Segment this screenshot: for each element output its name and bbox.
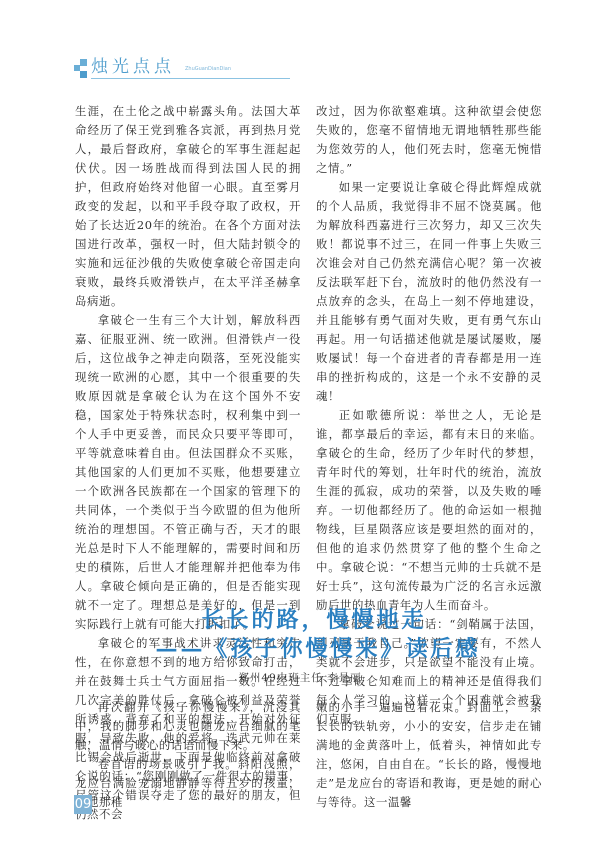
section-title: 烛光点点 — [91, 57, 175, 77]
paragraph: 正如歌德所说：举世之人，无论是谁，都享最后的幸运，都有末日的来临。拿破仑的生命，… — [316, 406, 542, 615]
article2-left-column: 再次翻开《孩子你慢慢来》，沉浸其中，我的脚步和心灵也随龙应台细腻的笔触，温情与暖… — [75, 698, 301, 812]
section-header: 烛光点点 ZhuGuanDianDian — [74, 57, 284, 79]
stacked-squares-icon — [74, 59, 88, 77]
article2-title-line1: 长长的路，慢慢地走 — [14, 606, 600, 634]
page-number: 09 — [74, 795, 92, 814]
paragraph: 卷首语的场景吸引了我。斜阳浅照，龙应台满脸宠溺地静静等待五岁的孩童，用他那稚 — [75, 755, 301, 812]
article2-title-line2: ——《孩子你慢慢来》读后感 — [18, 635, 600, 663]
header-divider — [91, 78, 290, 79]
paragraph: 再次翻开《孩子你慢慢来》，沉浸其中，我的脚步和心灵也随龙应台细腻的笔触，温情与暖… — [75, 698, 301, 755]
section-subtitle: ZhuGuanDianDian — [185, 65, 231, 73]
paragraph: 改过，因为你欲壑难填。这种欲望会使您失败的，您毫不留情地无谓地牺牲那些能为您效劳… — [316, 102, 542, 178]
paragraph: 拿破仑一生有三个大计划，解放科西嘉、征服亚洲、统一欧洲。但滑铁卢一役后，这位战争… — [75, 311, 301, 634]
paragraph: 如果一定要说让拿破仑得此辉煌成就的个人品质，我觉得非不屈不饶莫属。他为解放科西嘉… — [316, 178, 542, 406]
paragraph: 生涯，在土伦之战中崭露头角。法国大革命经历了保王党到雅各宾派，再到热月党人，最后… — [75, 102, 301, 311]
article2-byline: 郑州49中班主任 李景丽 — [0, 670, 600, 685]
paragraph: 嫩的小手一遍遍包着花束。封面上，一条长长的铁轨旁，小小的安安，信步走在铺满地的金… — [316, 698, 542, 812]
article2-right-column: 嫩的小手一遍遍包着花束。封面上，一条长长的铁轨旁，小小的安安，信步走在铺满地的金… — [316, 698, 542, 812]
